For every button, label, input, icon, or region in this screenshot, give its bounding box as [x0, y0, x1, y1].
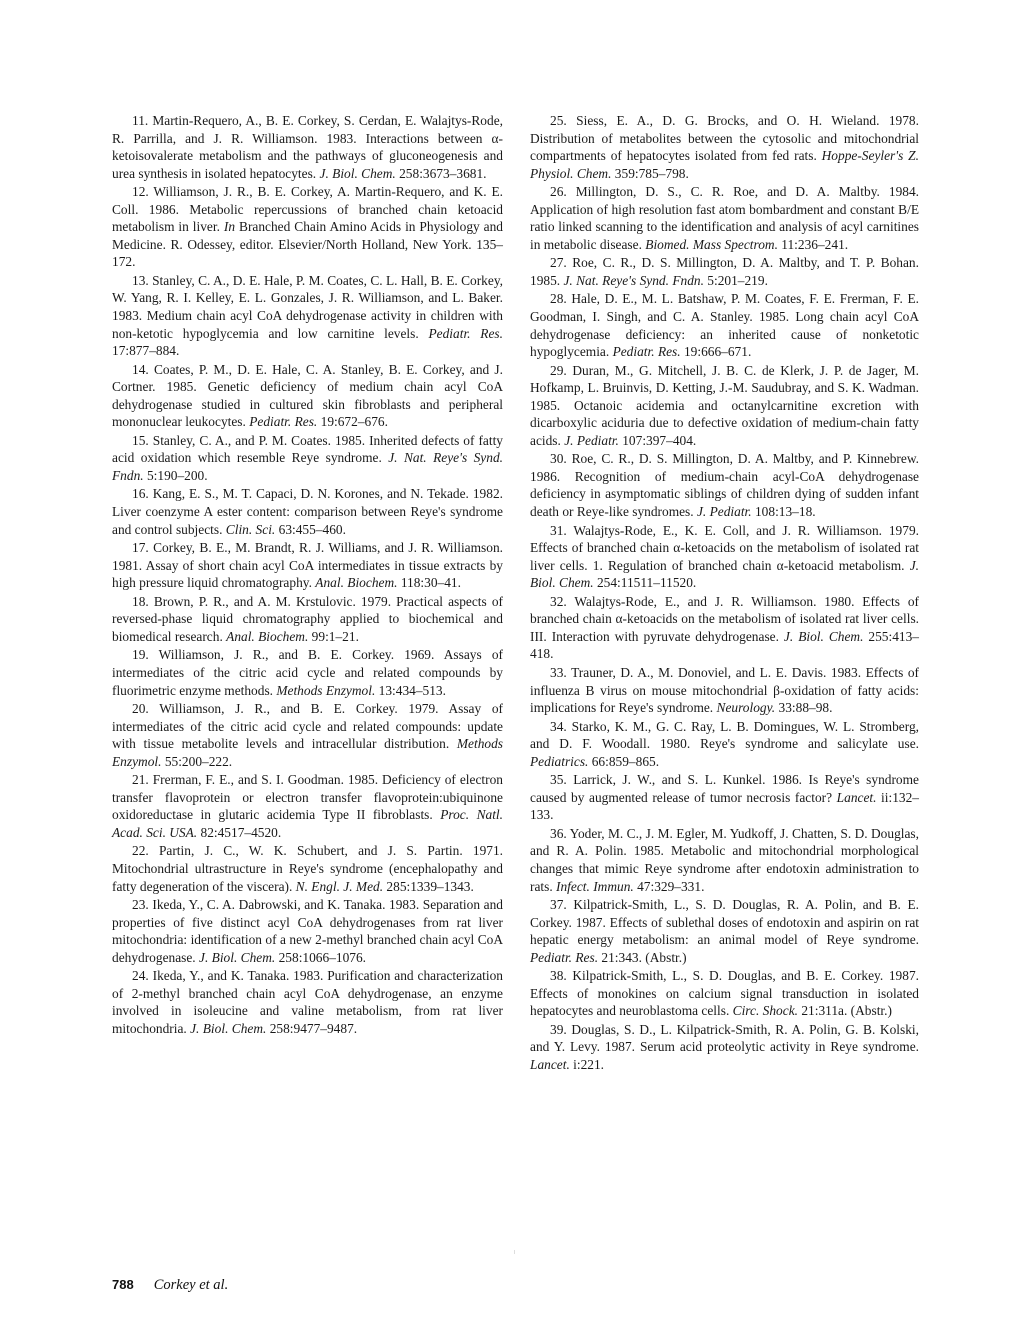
reference-number: 30.: [550, 451, 567, 466]
reference-journal: J. Biol. Chem.: [190, 1021, 266, 1036]
reference-number: 21.: [132, 772, 149, 787]
reference-journal: Pediatr. Res.: [249, 414, 317, 429]
reference-citation: 55:200–222.: [161, 754, 232, 769]
reference-number: 34.: [550, 719, 567, 734]
reference-entry: 31. Walajtys-Rode, E., K. E. Coll, and J…: [530, 522, 919, 592]
reference-number: 12.: [132, 184, 149, 199]
reference-journal: Pediatr. Res.: [530, 950, 598, 965]
reference-citation: 359:785–798.: [611, 166, 688, 181]
reference-entry: 34. Starko, K. M., G. C. Ray, L. B. Domi…: [530, 718, 919, 771]
reference-journal: J. Biol. Chem.: [199, 950, 275, 965]
reference-number: 32.: [550, 594, 567, 609]
reference-journal: J. Pediatr.: [564, 433, 619, 448]
reference-entry: 18. Brown, P. R., and A. M. Krstulovic. …: [112, 593, 503, 646]
page-number: 788: [112, 1277, 134, 1292]
reference-journal: Neurology.: [717, 700, 776, 715]
reference-citation: 5:201–219.: [704, 273, 768, 288]
reference-citation: 99:1–21.: [308, 629, 359, 644]
reference-entry: 22. Partin, J. C., W. K. Schubert, and J…: [112, 842, 503, 895]
reference-journal: Anal. Biochem.: [226, 629, 308, 644]
reference-number: 23.: [132, 897, 149, 912]
reference-citation: 82:4517–4520.: [197, 825, 281, 840]
reference-number: 24.: [132, 968, 149, 983]
reference-number: 16.: [132, 486, 149, 501]
reference-number: 15.: [132, 433, 149, 448]
reference-entry: 15. Stanley, C. A., and P. M. Coates. 19…: [112, 432, 503, 485]
reference-number: 25.: [550, 113, 567, 128]
reference-citation: 11:236–241.: [778, 237, 848, 252]
reference-entry: 19. Williamson, J. R., and B. E. Corkey.…: [112, 646, 503, 699]
reference-number: 35.: [550, 772, 567, 787]
reference-citation: 13:434–513.: [375, 683, 446, 698]
running-head: Corkey et al.: [154, 1277, 229, 1294]
reference-number: 22.: [132, 843, 149, 858]
reference-entry: 23. Ikeda, Y., C. A. Dabrowski, and K. T…: [112, 896, 503, 966]
reference-citation: 118:30–41.: [397, 575, 460, 590]
reference-citation: 258:3673–3681.: [396, 166, 487, 181]
reference-number: 36.: [550, 826, 567, 841]
reference-citation: 17:877–884.: [112, 343, 179, 358]
reference-number: 26.: [550, 184, 567, 199]
reference-number: 33.: [550, 665, 567, 680]
reference-entry: 12. Williamson, J. R., B. E. Corkey, A. …: [112, 183, 503, 271]
reference-entry: 24. Ikeda, Y., and K. Tanaka. 1983. Puri…: [112, 967, 503, 1037]
reference-entry: 11. Martin-Requero, A., B. E. Corkey, S.…: [112, 112, 503, 182]
reference-journal: Anal. Biochem.: [315, 575, 397, 590]
reference-journal: Pediatr. Res.: [613, 344, 681, 359]
reference-journal: Circ. Shock.: [733, 1003, 798, 1018]
reference-body: Kilpatrick-Smith, L., S. D. Douglas, R. …: [530, 897, 919, 947]
reference-entry: 32. Walajtys-Rode, E., and J. R. William…: [530, 593, 919, 663]
reference-citation: 285:1339–1343.: [383, 879, 474, 894]
reference-body: Williamson, J. R., and B. E. Corkey. 197…: [112, 701, 503, 751]
reference-entry: 30. Roe, C. R., D. S. Millington, D. A. …: [530, 450, 919, 520]
reference-entry: 29. Duran, M., G. Mitchell, J. B. C. de …: [530, 362, 919, 450]
reference-number: 19.: [132, 647, 149, 662]
reference-journal: J. Nat. Reye's Synd. Fndn.: [563, 273, 703, 288]
reference-journal: J. Biol. Chem.: [784, 629, 864, 644]
reference-number: 17.: [132, 540, 149, 555]
reference-citation: 33:88–98.: [775, 700, 832, 715]
reference-citation: 258:1066–1076.: [275, 950, 366, 965]
journal-page: 11. Martin-Requero, A., B. E. Corkey, S.…: [0, 0, 1020, 1320]
reference-entry: 27. Roe, C. R., D. S. Millington, D. A. …: [530, 254, 919, 289]
reference-citation: 108:13–18.: [752, 504, 816, 519]
reference-citation: 63:455–460.: [275, 522, 346, 537]
reference-entry: 17. Corkey, B. E., M. Brandt, R. J. Will…: [112, 539, 503, 592]
reference-entry: 33. Trauner, D. A., M. Donoviel, and L. …: [530, 664, 919, 717]
reference-citation: i:221.: [570, 1057, 604, 1072]
reference-journal: Methods Enzymol.: [276, 683, 375, 698]
reference-citation: 5:190–200.: [144, 468, 208, 483]
reference-citation: 66:859–865.: [588, 754, 659, 769]
reference-citation: 254:11511–11520.: [594, 575, 697, 590]
reference-entry: 14. Coates, P. M., D. E. Hale, C. A. Sta…: [112, 361, 503, 431]
page-footer: 788 Corkey et al.: [112, 1277, 228, 1294]
reference-journal: N. Engl. J. Med.: [296, 879, 383, 894]
reference-number: 38.: [550, 968, 567, 983]
reference-entry: 28. Hale, D. E., M. L. Batshaw, P. M. Co…: [530, 290, 919, 360]
reference-entry: 26. Millington, D. S., C. R. Roe, and D.…: [530, 183, 919, 253]
references-left-column: 11. Martin-Requero, A., B. E. Corkey, S.…: [112, 112, 503, 1038]
reference-number: 37.: [550, 897, 567, 912]
reference-entry: 21. Frerman, F. E., and S. I. Goodman. 1…: [112, 771, 503, 841]
reference-number: 18.: [132, 594, 149, 609]
reference-entry: 13. Stanley, C. A., D. E. Hale, P. M. Co…: [112, 272, 503, 360]
reference-entry: 20. Williamson, J. R., and B. E. Corkey.…: [112, 700, 503, 770]
reference-journal: Lancet.: [530, 1057, 570, 1072]
reference-number: 20.: [132, 701, 149, 716]
reference-journal: Pediatr. Res.: [428, 326, 503, 341]
reference-citation: 107:397–404.: [619, 433, 696, 448]
reference-entry: 37. Kilpatrick-Smith, L., S. D. Douglas,…: [530, 896, 919, 966]
reference-number: 29.: [550, 363, 567, 378]
reference-journal: In: [224, 219, 235, 234]
reference-number: 11.: [132, 113, 148, 128]
references-right-column: 25. Siess, E. A., D. G. Brocks, and O. H…: [530, 112, 919, 1075]
reference-citation: 19:672–676.: [317, 414, 388, 429]
reference-journal: Clin. Sci.: [226, 522, 275, 537]
reference-citation: 47:329–331.: [634, 879, 705, 894]
scan-speck: [514, 1250, 515, 1254]
reference-number: 31.: [550, 523, 567, 538]
reference-number: 28.: [550, 291, 567, 306]
reference-number: 13.: [132, 273, 149, 288]
reference-citation: 21:311a. (Abstr.): [798, 1003, 892, 1018]
reference-number: 27.: [550, 255, 567, 270]
reference-entry: 36. Yoder, M. C., J. M. Egler, M. Yudkof…: [530, 825, 919, 895]
reference-journal: Infect. Immun.: [556, 879, 634, 894]
reference-journal: Biomed. Mass Spectrom.: [645, 237, 778, 252]
reference-entry: 16. Kang, E. S., M. T. Capaci, D. N. Kor…: [112, 485, 503, 538]
reference-journal: Lancet.: [837, 790, 877, 805]
reference-number: 14.: [132, 362, 149, 377]
reference-entry: 38. Kilpatrick-Smith, L., S. D. Douglas,…: [530, 967, 919, 1020]
reference-body: Starko, K. M., G. C. Ray, L. B. Domingue…: [530, 719, 919, 752]
reference-journal: J. Biol. Chem.: [320, 166, 396, 181]
reference-journal: J. Pediatr.: [697, 504, 752, 519]
reference-number: 39.: [550, 1022, 567, 1037]
reference-citation: 19:666–671.: [681, 344, 752, 359]
reference-body: Douglas, S. D., L. Kilpatrick-Smith, R. …: [530, 1022, 919, 1055]
reference-entry: 35. Larrick, J. W., and S. L. Kunkel. 19…: [530, 771, 919, 824]
reference-citation: 21:343. (Abstr.): [598, 950, 687, 965]
reference-entry: 39. Douglas, S. D., L. Kilpatrick-Smith,…: [530, 1021, 919, 1074]
reference-body: Walajtys-Rode, E., K. E. Coll, and J. R.…: [530, 523, 919, 573]
reference-entry: 25. Siess, E. A., D. G. Brocks, and O. H…: [530, 112, 919, 182]
reference-citation: 258:9477–9487.: [266, 1021, 357, 1036]
reference-journal: Pediatrics.: [530, 754, 588, 769]
